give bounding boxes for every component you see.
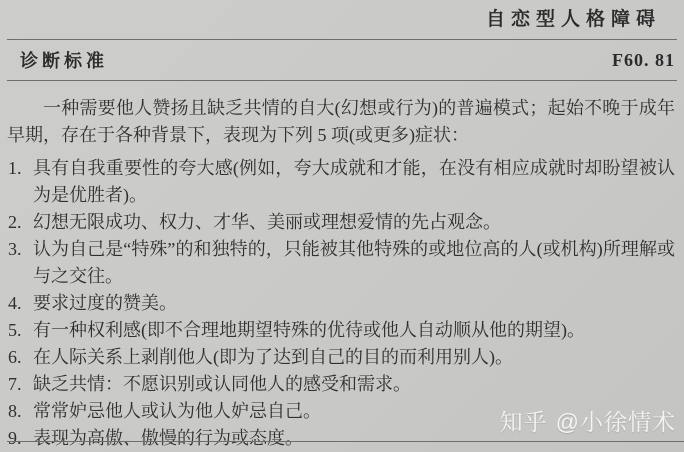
criterion-item-1: 1. 具有自我重要性的夸大感(例如，夸大成就和才能，在没有相应成就时却盼望被认为… (7, 155, 677, 209)
item-number: 7. (7, 371, 33, 398)
item-number: 1. (7, 155, 33, 209)
item-text: 要求过度的赞美。 (33, 290, 677, 317)
item-number: 3. (7, 236, 33, 290)
criterion-item-6: 6. 在人际关系上剥削他人(即为了达到自己的目的而利用别人)。 (7, 344, 677, 371)
watermark-handle: @小徐情术 (556, 409, 676, 435)
criterion-item-2: 2. 幻想无限成功、权力、才华、美丽或理想爱情的先占观念。 (7, 209, 677, 236)
criterion-item-7: 7. 缺乏共情：不愿识别或认同他人的感受和需求。 (7, 371, 677, 398)
subheader-row: 诊断标准 F60. 81 (7, 40, 677, 80)
section-heading: 诊断标准 (20, 47, 108, 73)
item-text: 缺乏共情：不愿识别或认同他人的感受和需求。 (33, 371, 677, 398)
criterion-item-4: 4. 要求过度的赞美。 (7, 290, 677, 317)
item-number: 5. (7, 317, 33, 344)
divider-bottom (7, 441, 684, 442)
watermark: 知乎@小徐情术 (500, 404, 676, 437)
item-number: 2. (7, 209, 33, 236)
criterion-item-5: 5. 有一种权利感(即不合理地期望特殊的优待或他人自动顺从他的期望)。 (7, 317, 677, 344)
document-page: 自恋型人格障碍 诊断标准 F60. 81 一种需要他人赞扬且缺乏共情的自大(幻想… (0, 0, 684, 452)
divider-middle (7, 80, 677, 81)
item-text: 幻想无限成功、权力、才华、美丽或理想爱情的先占观念。 (33, 209, 677, 236)
intro-paragraph: 一种需要他人赞扬且缺乏共情的自大(幻想或行为)的普遍模式；起始不晚于成年早期，存… (7, 95, 677, 149)
page-title: 自恋型人格障碍 (7, 6, 677, 33)
diagnostic-code: F60. 81 (612, 50, 675, 71)
item-number: 6. (7, 344, 33, 371)
item-number: 4. (7, 290, 33, 317)
criterion-item-3: 3. 认为自己是“特殊”的和独特的，只能被其他特殊的或地位高的人(或机构)所理解… (7, 236, 677, 290)
watermark-brand: 知乎 (500, 409, 548, 435)
item-text: 具有自我重要性的夸大感(例如，夸大成就和才能，在没有相应成就时却盼望被认为是优胜… (33, 155, 677, 209)
item-number: 8. (7, 398, 33, 425)
item-text: 在人际关系上剥削他人(即为了达到自己的目的而利用别人)。 (33, 344, 677, 371)
item-text: 认为自己是“特殊”的和独特的，只能被其他特殊的或地位高的人(或机构)所理解或与之… (33, 236, 677, 290)
item-number: 9. (7, 425, 33, 452)
item-text: 有一种权利感(即不合理地期望特殊的优待或他人自动顺从他的期望)。 (33, 317, 677, 344)
